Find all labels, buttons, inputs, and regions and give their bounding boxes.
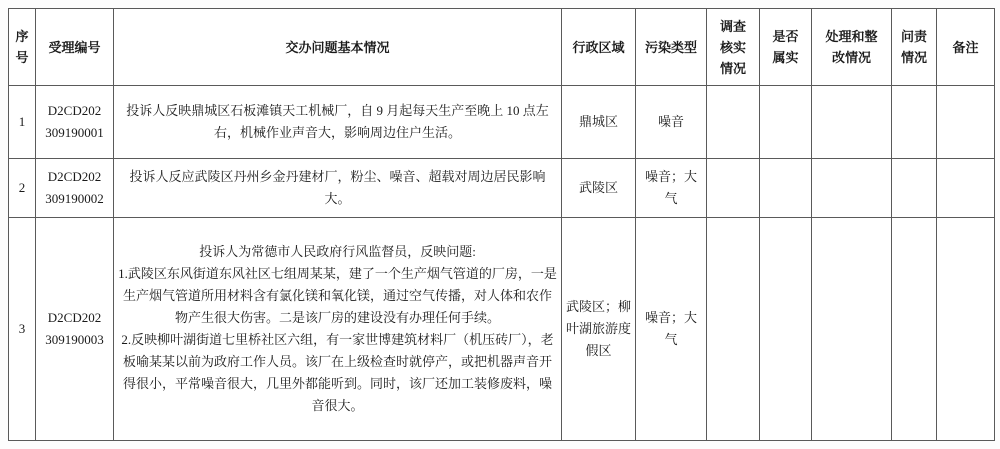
cell-case-number: D2CD202 309190003 (36, 218, 114, 441)
cell-accountability (892, 159, 937, 218)
cell-accountability (892, 86, 937, 159)
cell-region: 武陵区；柳叶湖旅游度假区 (562, 218, 636, 441)
header-handling: 处理和整 改情况 (812, 9, 892, 86)
complaint-table: 序 号 受理编号 交办问题基本情况 行政区域 污染类型 调查 核实 情况 是否 … (8, 8, 995, 441)
table-header-row: 序 号 受理编号 交办问题基本情况 行政区域 污染类型 调查 核实 情况 是否 … (9, 9, 995, 86)
cell-region: 武陵区 (562, 159, 636, 218)
cell-case-number: D2CD202 309190002 (36, 159, 114, 218)
header-remarks: 备注 (937, 9, 995, 86)
cell-investigation (707, 159, 760, 218)
table-row: 3 D2CD202 309190003 投诉人为常德市人民政府行风监督员，反映问… (9, 218, 995, 441)
cell-remarks (937, 86, 995, 159)
header-pollution-type: 污染类型 (636, 9, 707, 86)
cell-investigation (707, 86, 760, 159)
header-description: 交办问题基本情况 (114, 9, 562, 86)
cell-handling (812, 218, 892, 441)
header-accountability: 问责 情况 (892, 9, 937, 86)
cell-index: 2 (9, 159, 36, 218)
cell-handling (812, 86, 892, 159)
cell-case-number: D2CD202 309190001 (36, 86, 114, 159)
cell-pollution-type: 噪音；大气 (636, 159, 707, 218)
cell-handling (812, 159, 892, 218)
cell-description: 投诉人反应武陵区丹州乡金丹建材厂，粉尘、噪音、超载对周边居民影响大。 (114, 159, 562, 218)
cell-remarks (937, 159, 995, 218)
cell-verified (760, 218, 812, 441)
table-row: 1 D2CD202 309190001 投诉人反映鼎城区石板滩镇天工机械厂，自 … (9, 86, 995, 159)
cell-description: 投诉人为常德市人民政府行风监督员，反映问题: 1.武陵区东风街道东风社区七组周某… (114, 218, 562, 441)
cell-description: 投诉人反映鼎城区石板滩镇天工机械厂，自 9 月起每天生产至晚上 10 点左右，机… (114, 86, 562, 159)
header-region: 行政区域 (562, 9, 636, 86)
cell-pollution-type: 噪音 (636, 86, 707, 159)
cell-accountability (892, 218, 937, 441)
table-row: 2 D2CD202 309190002 投诉人反应武陵区丹州乡金丹建材厂，粉尘、… (9, 159, 995, 218)
cell-region: 鼎城区 (562, 86, 636, 159)
cell-verified (760, 86, 812, 159)
header-verified: 是否 属实 (760, 9, 812, 86)
cell-index: 1 (9, 86, 36, 159)
header-index: 序 号 (9, 9, 36, 86)
cell-remarks (937, 218, 995, 441)
header-case-number: 受理编号 (36, 9, 114, 86)
cell-pollution-type: 噪音；大气 (636, 218, 707, 441)
header-investigation: 调查 核实 情况 (707, 9, 760, 86)
cell-investigation (707, 218, 760, 441)
document-page: 序 号 受理编号 交办问题基本情况 行政区域 污染类型 调查 核实 情况 是否 … (0, 0, 1000, 449)
cell-index: 3 (9, 218, 36, 441)
cell-verified (760, 159, 812, 218)
